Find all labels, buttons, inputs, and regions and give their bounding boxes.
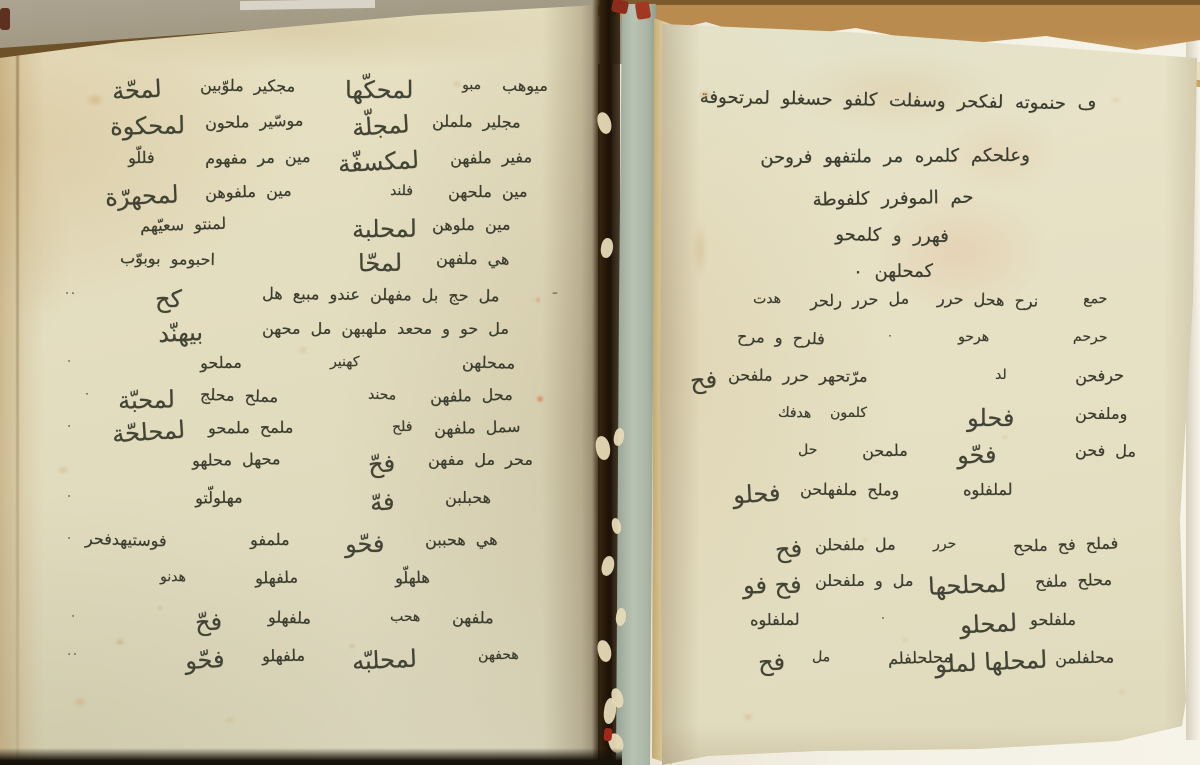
ink-dots: –: [552, 287, 561, 298]
script-word: مجكير ملوّبين: [200, 78, 295, 95]
script-word: حرحم: [1073, 329, 1108, 344]
script-word: هدنو: [160, 570, 186, 584]
script-word: محلح ملفح: [1035, 572, 1112, 590]
script-word: هلهلّو: [395, 569, 430, 586]
script-word: هدت: [753, 292, 781, 307]
script-word: مل: [812, 650, 831, 665]
red-cloth-fragment: [635, 1, 651, 20]
script-word: مل و ملفحلن: [815, 573, 913, 589]
script-headword: فحّو: [957, 443, 997, 468]
script-word: ملفهلو: [255, 569, 298, 586]
script-word: مرّتحهر حرر ملفحن: [728, 367, 868, 384]
script-headword: فحّو: [345, 532, 385, 557]
ink-dots: ٠: [66, 532, 72, 543]
left-page-text-block: لمحّةمجكير ملوّبينلمحكّهامبوميوهبلمحكوةم…: [0, 0, 598, 765]
script-word: مين مر مفهوم: [205, 149, 311, 167]
script-word: كلمون: [830, 406, 867, 420]
script-headword: لمحلبّه: [351, 647, 417, 674]
script-word: هي ملفهن: [436, 251, 510, 268]
ink-dots: ٠: [66, 420, 72, 431]
script-headword: لمحلبة: [352, 217, 417, 242]
ink-dots: ٠: [66, 490, 72, 501]
script-word: هحفهن: [478, 648, 519, 662]
script-headword: لمحكوة: [110, 113, 185, 139]
script-headword: فح فو: [743, 573, 802, 598]
script-word: ملمحن: [862, 443, 908, 460]
script-headword: لمحلها لملو: [935, 647, 1048, 676]
script-word: هحب: [390, 610, 420, 624]
ink-dots: ٠: [880, 612, 886, 623]
script-word: حل: [798, 443, 817, 457]
script-word: احبومو بوبوّب: [120, 250, 215, 268]
script-word: مملح محلج: [200, 387, 279, 405]
script-headword: لمحبّة: [118, 387, 175, 412]
ink-dots: ٠: [84, 388, 90, 399]
right-page: ڡ حنموته لفكحر وسفلت كلفو حسغلو لمرتحوفة…: [648, 0, 1197, 765]
bottom-shadow: [0, 748, 622, 765]
script-headword: لمحّة: [111, 77, 162, 104]
script-word: مل ملفحلن: [815, 537, 896, 554]
script-word: لملفلوه: [750, 612, 800, 629]
script-headword: فحلو: [732, 481, 781, 508]
ink-dots: ٠: [70, 610, 76, 621]
script-word: فوستيهدفحر: [85, 531, 167, 550]
script-word: لملفلوه: [963, 482, 1013, 499]
script-word: مملحو: [200, 355, 242, 372]
script-word: مبو: [462, 78, 481, 92]
script-word: ممحلهن: [462, 354, 515, 371]
script-word: فلرح و مرح: [737, 329, 825, 348]
script-headword: فح: [689, 367, 718, 393]
script-headword: لمكسفّة: [337, 148, 419, 176]
photo-of-open-manuscript: Photograph of an open manuscript book wi…: [0, 0, 1200, 765]
ink-dots: ٠٠: [64, 287, 76, 298]
script-word: ملفلحو: [1030, 612, 1076, 628]
ink-dots: ٠: [66, 355, 72, 366]
script-word: وملفحن: [1075, 406, 1127, 422]
script-headword: لمحهرّة: [104, 182, 179, 209]
script-word: هدفك: [778, 405, 812, 420]
script-word: حرفحن: [1075, 367, 1124, 385]
script-word: ملمح ملمحو: [208, 420, 293, 437]
red-cloth-fragment: [0, 8, 10, 30]
script-headword: بيهنّد: [157, 320, 203, 346]
script-word: ملمفو: [250, 532, 290, 548]
script-headword: فحّ: [194, 609, 222, 634]
script-headword: فحلو: [967, 406, 1014, 430]
script-word: حرر: [933, 537, 956, 551]
script-word: موسّير ملحون: [205, 112, 304, 131]
script-word: مل فحن: [1075, 442, 1136, 459]
script-word: حمع: [1083, 292, 1108, 307]
script-headword: لمجلّة: [351, 112, 410, 140]
script-word: ميوهب: [502, 78, 548, 94]
title-line: فهرر و كلمحو: [835, 226, 949, 246]
script-headword: لمحلو: [959, 611, 1017, 638]
script-word: لد: [995, 368, 1007, 382]
script-headword: لمحلحها: [927, 571, 1007, 599]
script-word: هرحو: [958, 330, 989, 344]
title-line: كمحلهن ٠: [853, 263, 933, 282]
red-cloth-fragment: [603, 728, 612, 742]
script-word: مين ملوهن: [432, 217, 511, 234]
script-word: مجلير ململن: [432, 114, 521, 131]
script-word: ملفهلو: [268, 609, 311, 626]
script-word: سمل ملفهن: [434, 419, 521, 438]
script-word: ملفهن: [452, 610, 494, 626]
script-word: مل حج بل مفهلن عندو مببع هل: [262, 286, 499, 304]
script-word: مل حرر رلحر: [810, 290, 910, 309]
script-word: فلح: [392, 420, 413, 435]
script-word: محلفلمن: [1055, 649, 1114, 666]
right-page-text-block: هدتمل حرر رلحرنرح هحل حررحمعفلرح و مرح٠ه…: [648, 0, 1197, 765]
script-word: مهلولّتو: [195, 490, 243, 507]
script-word: وملح ملفهلحن: [800, 481, 899, 498]
script-headword: فح: [758, 650, 786, 675]
script-word: مل حو و محعد ملهبهن مل محهن: [262, 321, 509, 337]
title-line: حم الموفرر كلفوطة: [812, 189, 973, 210]
script-word: لمنتو سعيّهم: [140, 216, 227, 235]
script-headword: فحّو: [184, 647, 225, 673]
left-page: لمحّةمجكير ملوّبينلمحكّهامبوميوهبلمحكوةم…: [0, 0, 598, 765]
script-headword: فهّ: [369, 489, 395, 514]
script-word: محند: [368, 388, 397, 403]
script-headword: كح: [155, 287, 182, 311]
script-word: محر مل مفهن: [428, 452, 533, 468]
script-word: محهل محلهو: [192, 451, 281, 469]
script-headword: لمحّا: [358, 251, 402, 276]
script-word: ملفهلو: [262, 648, 305, 665]
ink-dots: ٠٠: [66, 648, 78, 659]
title-line: وعلحكم كلمره مر ملتفهو فروحن: [760, 147, 1030, 167]
script-word: هي هحببن: [425, 532, 498, 549]
script-word: نرح هحل حرر: [937, 290, 1039, 309]
script-headword: لمحكّها: [345, 78, 413, 102]
script-word: فلند: [390, 184, 413, 198]
script-word: فللّو: [128, 150, 155, 167]
script-word: مفير ملفهن: [450, 149, 532, 167]
script-word: كهنير: [330, 355, 359, 369]
script-headword: فحّ: [367, 451, 396, 477]
ink-dots: ٠: [887, 330, 893, 341]
script-word: مين ملحهن: [448, 184, 528, 201]
script-word: فملح فح ملحح: [1013, 535, 1119, 554]
script-word: محل ملفهن: [430, 387, 513, 406]
script-word: هحبلبن: [445, 490, 491, 506]
script-word: مين ملفوهن: [205, 183, 292, 202]
script-headword: لمحلحّة: [111, 418, 185, 447]
script-headword: فح: [774, 536, 803, 562]
